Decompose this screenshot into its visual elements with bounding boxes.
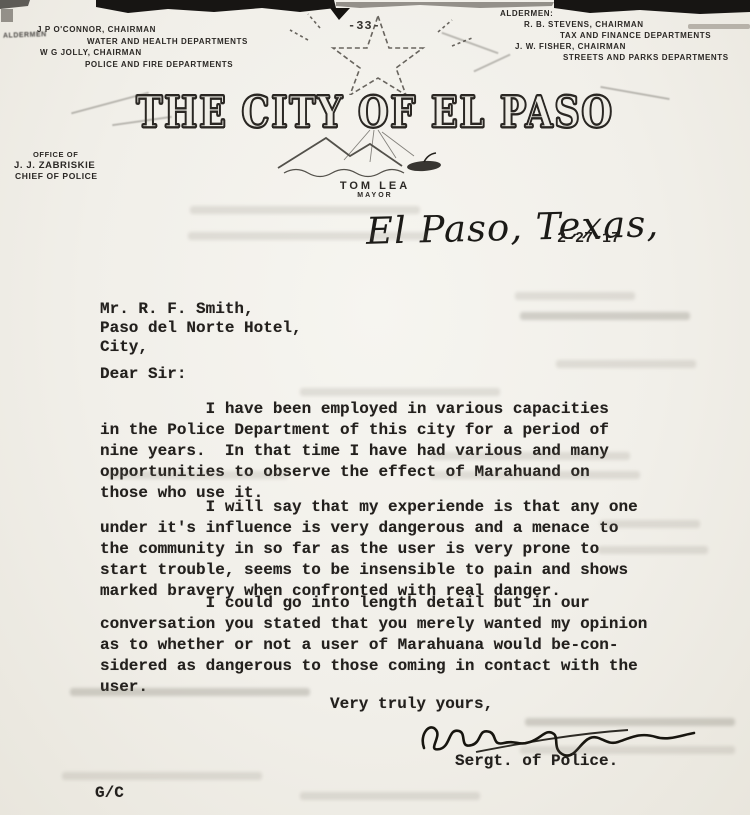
typist-initials: G/C xyxy=(95,783,124,804)
bleedthrough-smudge xyxy=(190,206,420,214)
bleedthrough-smudge xyxy=(300,388,500,396)
recipient-address-block: Mr. R. F. Smith, Paso del Norte Hotel, C… xyxy=(100,300,302,357)
bleedthrough-smudge xyxy=(600,520,700,528)
office-line: OFFICE OF xyxy=(33,150,98,161)
bleedthrough-smudge xyxy=(598,546,708,554)
paragraph-3: I could go into length detail but in our… xyxy=(100,593,647,698)
bleedthrough-smudge xyxy=(525,718,735,726)
alderman-line: W G JOLLY, CHAIRMAN xyxy=(40,47,248,59)
office-line: J. J. ZABRISKIE xyxy=(14,161,98,172)
bleedthrough-smudge xyxy=(300,792,480,800)
alderman-line: R. B. STEVENS, CHAIRMAN xyxy=(524,19,729,30)
office-line: CHIEF OF POLICE xyxy=(15,171,98,182)
alderman-line: WATER AND HEALTH DEPARTMENTS xyxy=(87,36,248,48)
paragraph-2: I will say that my experiende is that an… xyxy=(100,497,638,602)
right-aldermen-block: ALDERMEN: R. B. STEVENS, CHAIRMAN TAX AN… xyxy=(500,8,729,63)
left-aldermen-block: J P O'CONNOR, CHAIRMAN WATER AND HEALTH … xyxy=(33,24,248,70)
bleedthrough-smudge xyxy=(62,772,262,780)
dateline-date: 2-27-17 xyxy=(557,230,620,247)
mayor-title: MAYOR xyxy=(0,192,750,199)
signer-title: Sergt. of Police. xyxy=(455,751,618,772)
alderman-line: POLICE AND FIRE DEPARTMENTS xyxy=(85,59,248,71)
mayor-name: TOM LEA xyxy=(0,180,750,192)
bleedthrough-smudge xyxy=(430,471,640,479)
star-emblem-icon xyxy=(268,10,488,95)
bleedthrough-smudge xyxy=(108,471,288,479)
alderman-line: STREETS AND PARKS DEPARTMENTS xyxy=(563,52,729,63)
office-block: OFFICE OF J. J. ZABRISKIE CHIEF OF POLIC… xyxy=(14,150,98,182)
bleedthrough-smudge xyxy=(520,746,735,754)
bleedthrough-smudge xyxy=(515,292,635,300)
right-aldermen-label: ALDERMEN: xyxy=(500,8,729,19)
alderman-line: TAX AND FINANCE DEPARTMENTS xyxy=(560,30,729,41)
scanned-letter-page: ALDERMEN J P O'CONNOR, CHAIRMAN WATER AN… xyxy=(0,0,750,815)
bleedthrough-smudge xyxy=(430,452,630,460)
bleedthrough-smudge xyxy=(520,312,690,320)
bleedthrough-smudge xyxy=(70,688,310,696)
alderman-line: J P O'CONNOR, CHAIRMAN xyxy=(37,24,248,36)
salutation: Dear Sir: xyxy=(100,364,186,385)
bleedthrough-smudge xyxy=(556,360,696,368)
landscape-sketch-icon xyxy=(274,126,484,181)
alderman-line: J. W. FISHER, CHAIRMAN xyxy=(515,41,729,52)
bleedthrough-smudge xyxy=(188,232,428,240)
